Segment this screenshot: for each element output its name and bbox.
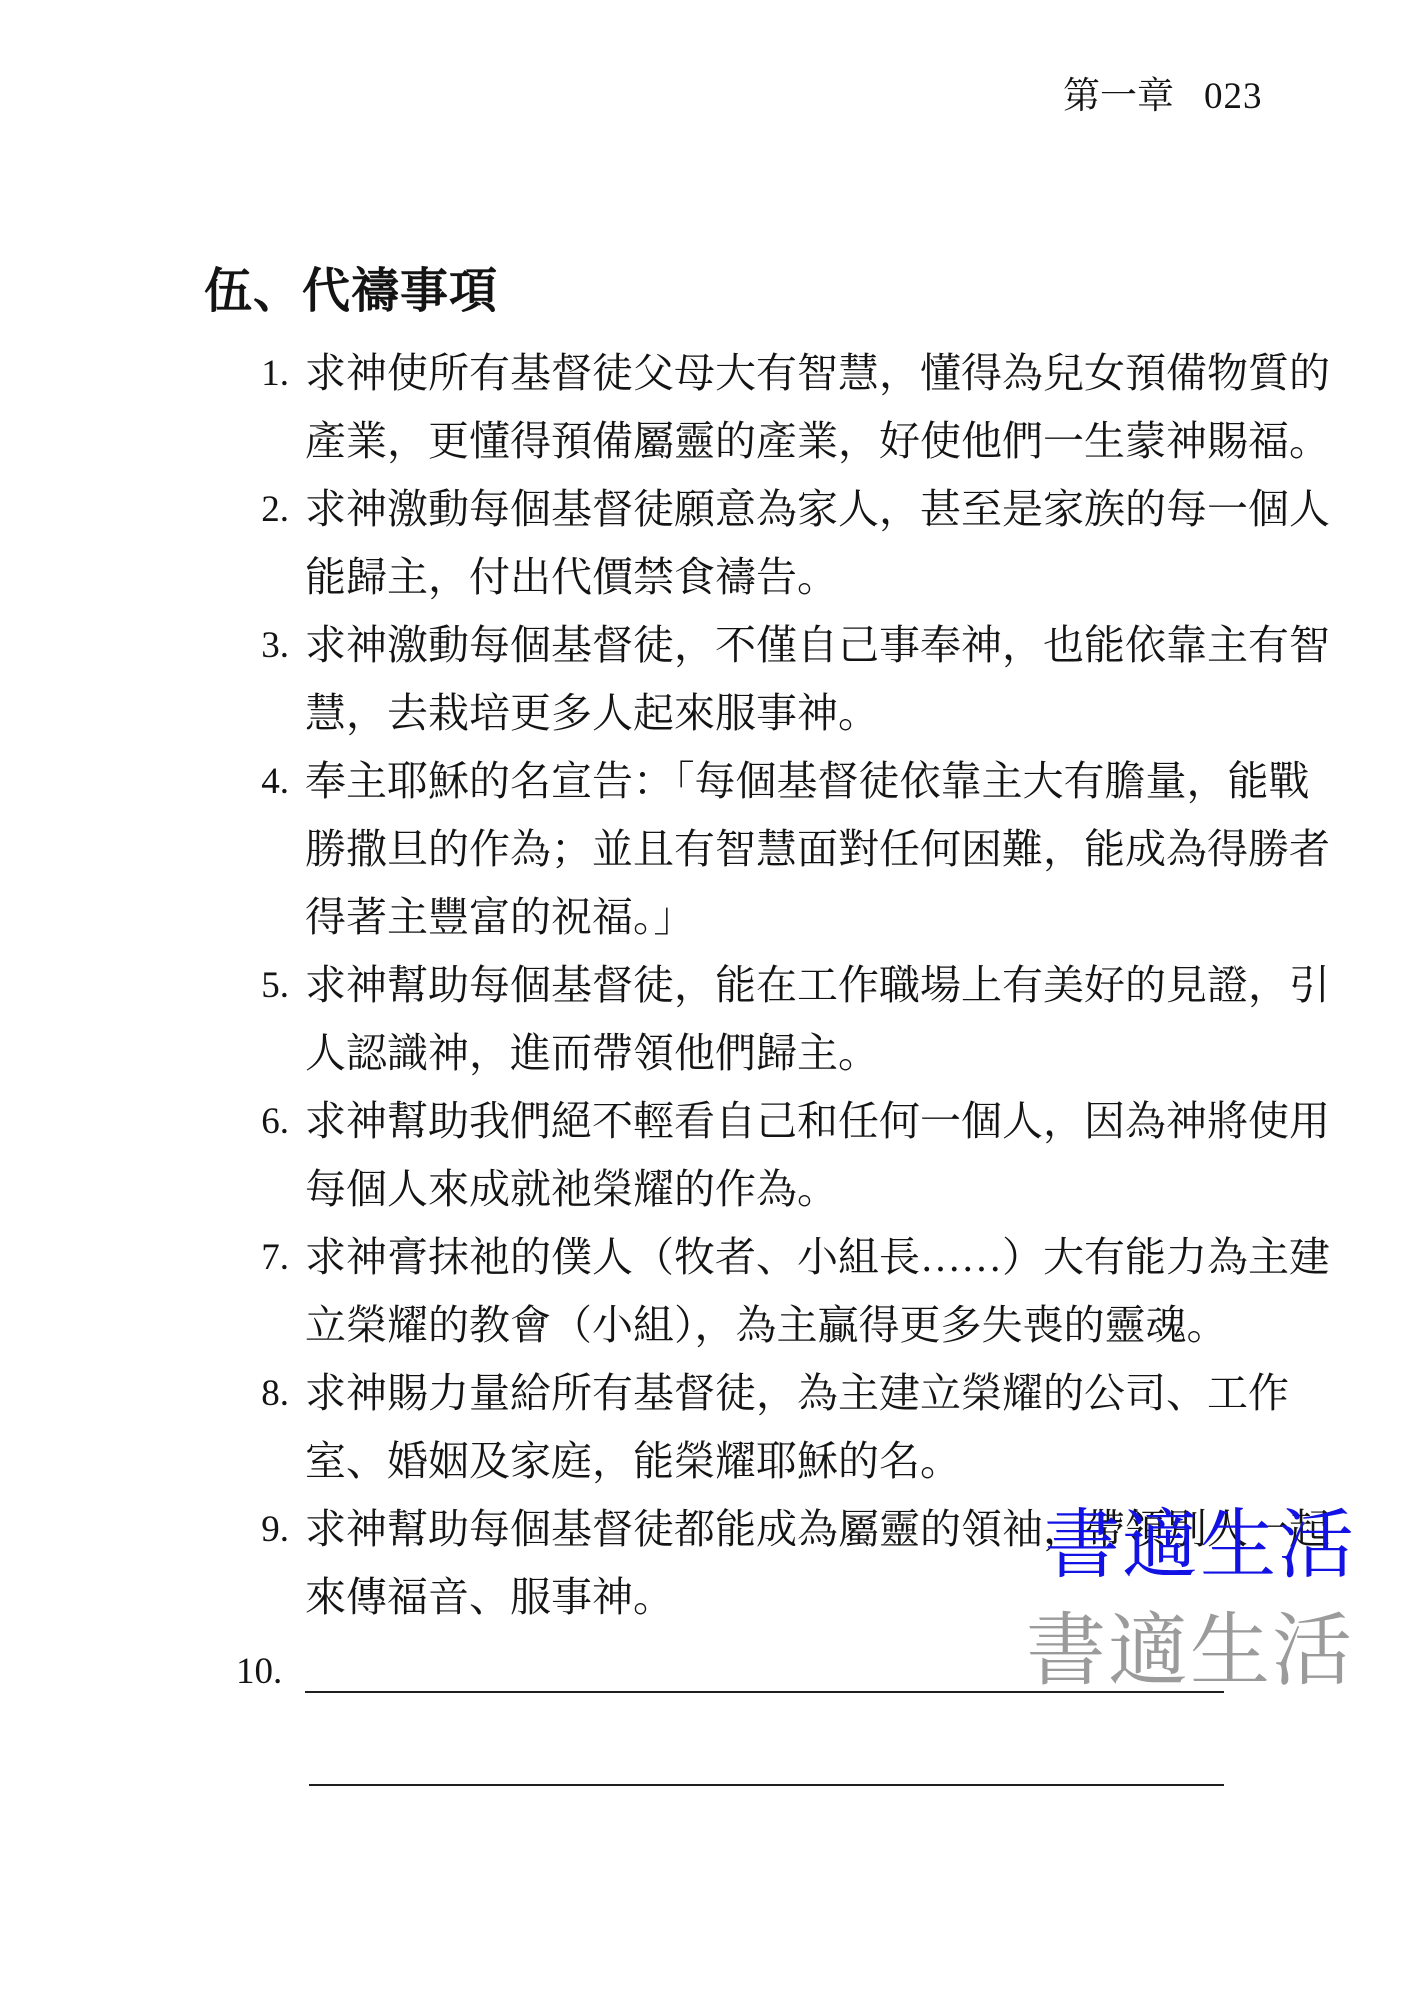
blank-fill-line-2 (309, 1784, 1224, 1786)
item-number: 1. (231, 340, 289, 408)
item-text: 求神使所有基督徒父母大有智慧，懂得為兒女預備物質的產業，更懂得預備屬靈的產業，好… (305, 350, 1330, 464)
section-title: 伍、代禱事項 (204, 266, 498, 319)
item-text: 求神幫助每個基督徒，能在工作職場上有美好的見證，引人認識神，進而帶領他們歸主。 (305, 962, 1330, 1076)
item-text: 求神激動每個基督徒願意為家人，甚至是家族的每一個人能歸主，付出代價禁食禱告。 (305, 486, 1330, 600)
blank-fill-line-10 (305, 1691, 1224, 1693)
prayer-item: 1.求神使所有基督徒父母大有智慧，懂得為兒女預備物質的產業，更懂得預備屬靈的產業… (305, 339, 1334, 475)
item-number: 6. (231, 1088, 289, 1156)
item-text: 求神賜力量給所有基督徒，為主建立榮耀的公司、工作室、婚姻及家庭，能榮耀耶穌的名。 (305, 1370, 1289, 1484)
prayer-item: 6.求神幫助我們絕不輕看自己和任何一個人，因為神將使用每個人來成就祂榮耀的作為。 (305, 1087, 1334, 1223)
item-number: 3. (231, 612, 289, 680)
item-number: 2. (231, 476, 289, 544)
prayer-item: 7.求神膏抹祂的僕人（牧者、小組長……）大有能力為主建立榮耀的教會（小組），為主… (305, 1223, 1334, 1359)
item-number-10: 10. (236, 1650, 282, 1694)
item-number: 4. (231, 748, 289, 816)
document-page: 第一章023 伍、代禱事項 1.求神使所有基督徒父母大有智慧，懂得為兒女預備物質… (0, 0, 1410, 2000)
prayer-list: 1.求神使所有基督徒父母大有智慧，懂得為兒女預備物質的產業，更懂得預備屬靈的產業… (305, 339, 1334, 1631)
item-text: 奉主耶穌的名宣告：「每個基督徒依靠主大有膽量，能戰勝撒旦的作為；並且有智慧面對任… (305, 758, 1330, 940)
prayer-item: 5.求神幫助每個基督徒，能在工作職場上有美好的見證，引人認識神，進而帶領他們歸主… (305, 951, 1334, 1087)
item-number: 5. (231, 952, 289, 1020)
page-header: 第一章023 (1063, 76, 1263, 119)
item-number: 8. (231, 1360, 289, 1428)
prayer-item: 3.求神激動每個基督徒，不僅自己事奉神，也能依靠主有智慧，去栽培更多人起來服事神… (305, 611, 1334, 747)
item-text: 求神膏抹祂的僕人（牧者、小組長……）大有能力為主建立榮耀的教會（小組），為主贏得… (305, 1234, 1330, 1348)
prayer-item: 4.奉主耶穌的名宣告：「每個基督徒依靠主大有膽量，能戰勝撒旦的作為；並且有智慧面… (305, 747, 1334, 951)
chapter-label: 第一章 (1063, 76, 1174, 117)
prayer-item: 2.求神激動每個基督徒願意為家人，甚至是家族的每一個人能歸主，付出代價禁食禱告。 (305, 475, 1334, 611)
watermark-blue: 書適生活 (1044, 1508, 1356, 1584)
item-text: 求神幫助我們絕不輕看自己和任何一個人，因為神將使用每個人來成就祂榮耀的作為。 (305, 1098, 1330, 1212)
prayer-item: 8.求神賜力量給所有基督徒，為主建立榮耀的公司、工作室、婚姻及家庭，能榮耀耶穌的… (305, 1359, 1334, 1495)
item-number: 7. (231, 1224, 289, 1292)
page-number: 023 (1204, 76, 1263, 117)
item-text: 求神激動每個基督徒，不僅自己事奉神，也能依靠主有智慧，去栽培更多人起來服事神。 (305, 622, 1330, 736)
watermark-gray: 書適生活 (1026, 1612, 1354, 1692)
item-number: 9. (231, 1496, 289, 1564)
